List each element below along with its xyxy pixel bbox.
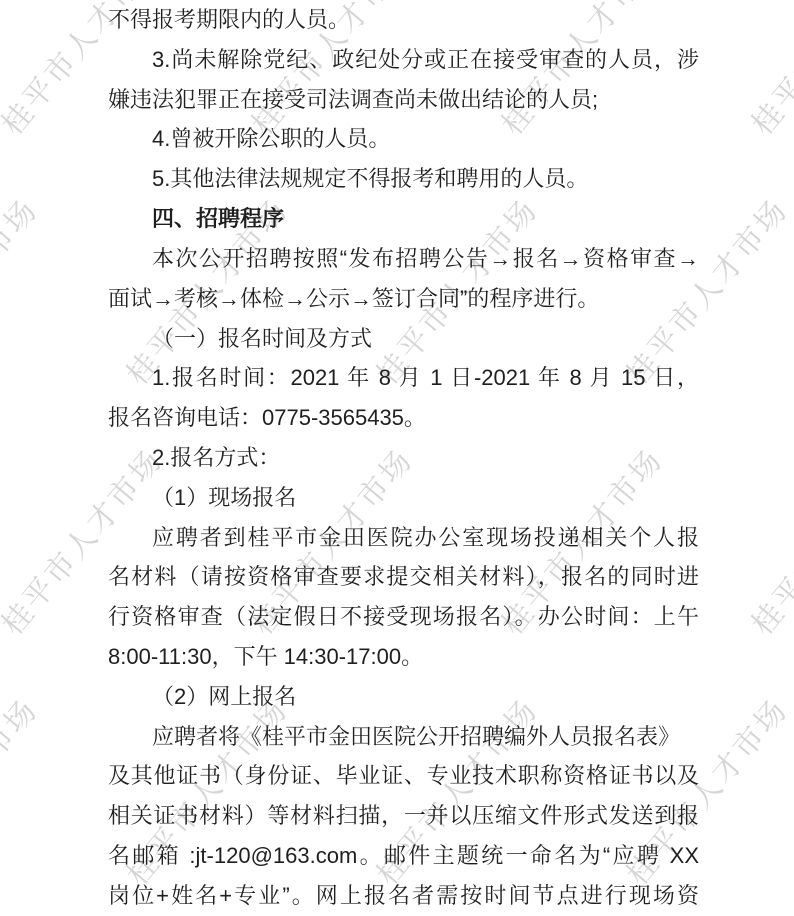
text-line: 4.曾被开除公职的人员。 bbox=[108, 119, 699, 159]
text-line: 报名咨询电话：0775-3565435。 bbox=[108, 398, 699, 438]
text-line: 5.其他法律法规规定不得报考和聘用的人员。 bbox=[108, 159, 699, 199]
text-line: 1.报名时间：2021 年 8 月 1 日-2021 年 8 月 15 日， bbox=[108, 358, 699, 398]
text-line: 相关证书材料）等材料扫描，一并以压缩文件形式发送到报 bbox=[108, 796, 699, 836]
text-line: 8:00-11:30，下午 14:30-17:00。 bbox=[108, 637, 699, 677]
text-line: 名材料（请按资格审查要求提交相关材料），报名的同时进 bbox=[108, 557, 699, 597]
section-heading: 四、招聘程序 bbox=[108, 199, 699, 239]
text-line: 及其他证书（身份证、毕业证、专业技术职称资格证书以及 bbox=[108, 756, 699, 796]
text-line: 不得报考期限内的人员。 bbox=[108, 0, 699, 40]
text-line: 面试→考核→体检→公示→签订合同”的程序进行。 bbox=[108, 279, 699, 319]
text-line: 2.报名方式： bbox=[108, 438, 699, 478]
text-line: （2）网上报名 bbox=[108, 677, 699, 717]
text-line: （1）现场报名 bbox=[108, 478, 699, 518]
text-line: 3.尚未解除党纪、政纪处分或正在接受审查的人员，涉 bbox=[108, 40, 699, 80]
document-body: 不得报考期限内的人员。3.尚未解除党纪、政纪处分或正在接受审查的人员，涉嫌违法犯… bbox=[0, 0, 794, 916]
text-line: 行资格审查（法定假日不接受现场报名）。办公时间：上午 bbox=[108, 597, 699, 637]
text-line: 应聘者将《桂平市金田医院公开招聘编外人员报名表》 bbox=[108, 717, 699, 757]
text-line: 名邮箱 :jt-120@163.com。邮件主题统一命名为“应聘 XX bbox=[108, 836, 699, 876]
text-line: 本次公开招聘按照“发布招聘公告→报名→资格审查→ bbox=[108, 239, 699, 279]
text-line: （一）报名时间及方式 bbox=[108, 319, 699, 359]
text-line: 嫌违法犯罪正在接受司法调查尚未做出结论的人员; bbox=[108, 80, 699, 120]
document-page: 桂平市人才市场桂平市人才市场桂平市人才市场桂平市人才市场桂平市人才市场桂平市人才… bbox=[0, 0, 794, 916]
text-line: 应聘者到桂平市金田医院办公室现场投递相关个人报 bbox=[108, 518, 699, 558]
text-line: 岗位+姓名+专业”。网上报名者需按时间节点进行现场资 bbox=[108, 876, 699, 916]
